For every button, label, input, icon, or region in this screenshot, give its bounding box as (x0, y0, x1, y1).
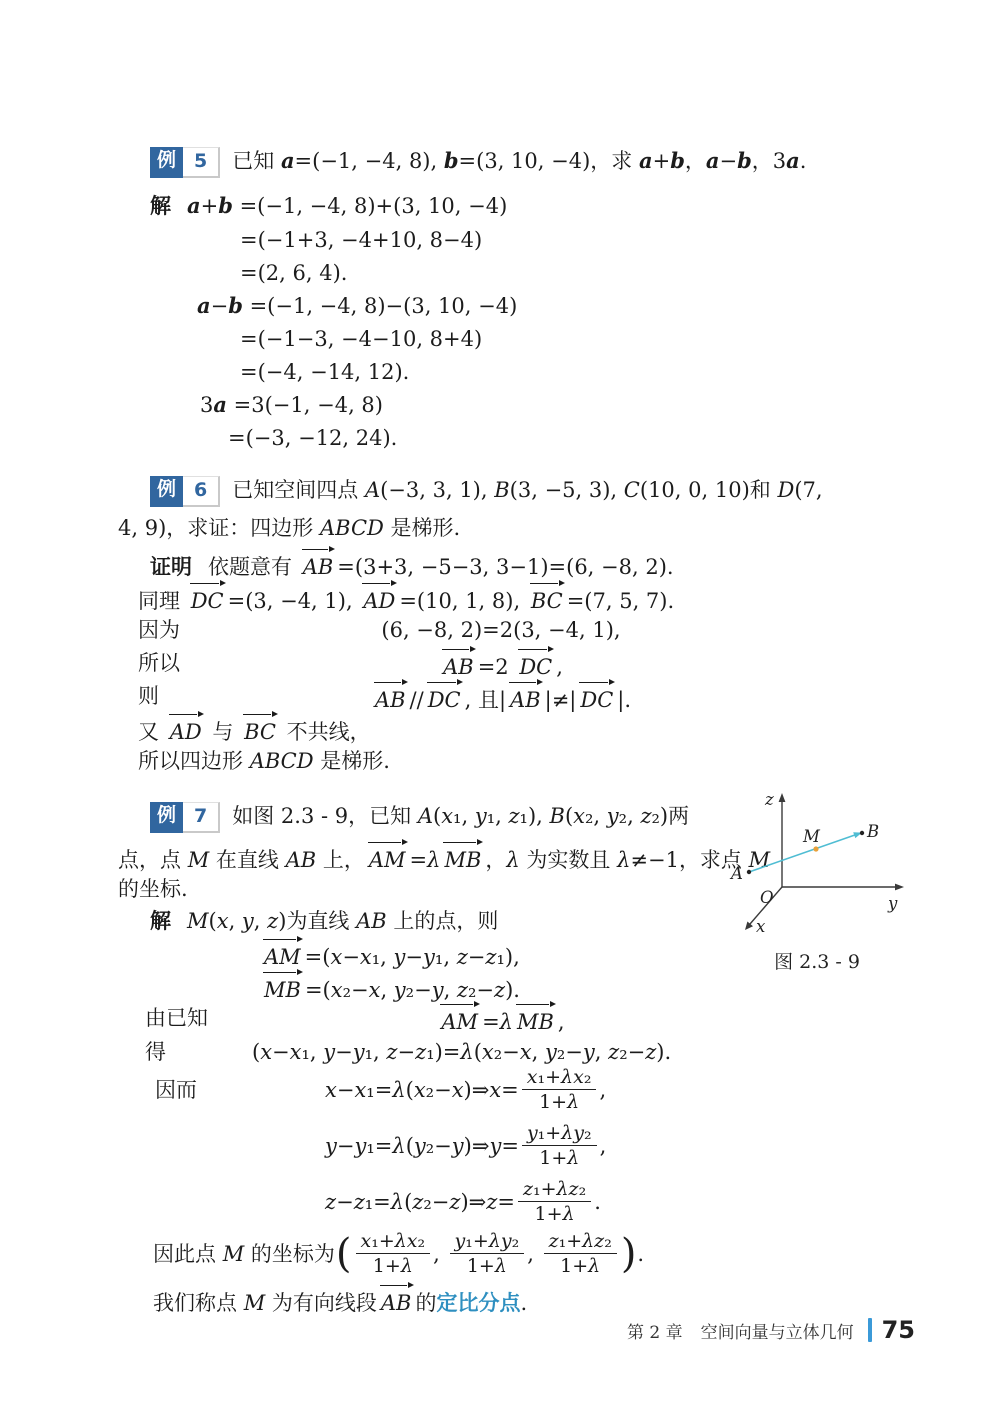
math-text: =3(−1, −4, 8) (227, 393, 383, 417)
figure-2-3-9: z y x O A B M 图 2.3 - 9 (712, 783, 922, 974)
cn-text: 上， (316, 848, 365, 872)
line-content: MB=(x₂−x, y₂−y, z₂−z). (260, 970, 520, 1006)
math-text: | (499, 688, 506, 712)
line-content: 所以四边形 ABCD 是梯形. (138, 745, 390, 777)
math-text: (6, −8, 2)=2(3, −4, 1), (381, 618, 620, 642)
math-text: =(3+3, −5−3, 3−1)=(6, −8, 2). (337, 555, 673, 579)
x-axis-label: x (756, 917, 766, 936)
vector-arrow-text: AB (300, 547, 337, 583)
cn-text: 的 (416, 1291, 437, 1315)
cn-text: . (521, 1291, 528, 1315)
math-text: + (201, 194, 219, 218)
math-text: =(−1−3, −4−10, 8+4) (240, 327, 482, 351)
math-text: =(2, 6, 4). (240, 261, 347, 285)
cn-text: 的坐标. (118, 877, 188, 901)
fraction-numerator: x₁+λx₂ (522, 1066, 597, 1090)
footer-page-number: 75 (882, 1316, 915, 1344)
line-content: 例5已知 a=(−1, −4, 8), b=(3, 10, −4)，求 a+b，… (150, 145, 806, 178)
line-content: 例6已知空间四点 A(−3, 3, 1), B(3, −5, 3), C(10,… (150, 474, 823, 507)
vector-arrow-text: DC (516, 647, 555, 683)
definition-sentence: 我们称点 M 为有向线段AB的定比分点. (118, 1283, 884, 1319)
math-text: x−x₁=λ(x₂−x)⇒x= (325, 1078, 519, 1102)
math-text: =(x−x₁, y−y₁, z−z₁), (305, 945, 520, 969)
vector-arrow-text: AB (378, 1283, 415, 1319)
line-content: 的坐标. (118, 873, 188, 905)
text-line: 则AB//DC, 且|AB|≠|DC|. (118, 680, 884, 716)
math-text: =(x₂−x, y₂−y, z₂−z). (305, 978, 520, 1002)
point-a (747, 870, 751, 874)
line-content: =(−1−3, −4−10, 8+4) (240, 323, 482, 355)
cn-text: 是梯形. (384, 516, 460, 540)
cn-text: 在直线 (209, 848, 285, 872)
line-content: z−z₁=λ(z₂−z)⇒z=z₁+λz₂1+λ. (325, 1174, 601, 1230)
text-line: 4, 9)，求证：四边形 ABCD 是梯形. (118, 512, 884, 544)
line-content: AM=λMB, (118, 1002, 884, 1038)
cn-text: 为实数且 (520, 848, 617, 872)
math-text: // (410, 688, 424, 712)
text-line: =(−1+3, −4+10, 8−4) (118, 224, 884, 256)
math-text: − (211, 294, 229, 318)
example-badge: 例5 (150, 147, 220, 178)
fraction-denominator: 1+λ (450, 1254, 525, 1277)
math-text: y−y₁=λ(y₂−y)⇒y= (325, 1134, 519, 1158)
fraction-denominator: 1+λ (522, 1090, 597, 1113)
text-line: =(−1−3, −4−10, 8+4) (118, 323, 884, 355)
math-text: =(3, −4, 1), (228, 589, 360, 613)
cn-text: 因此点 (153, 1242, 223, 1266)
example-5-heading: 例5已知 a=(−1, −4, 8), b=(3, 10, −4)，求 a+b，… (118, 145, 884, 178)
math-text: 4, 9) (118, 516, 166, 540)
vector-arrow-text: AB (440, 647, 477, 683)
math-text: A(−3, 3, 1), B(3, −5, 3), C(10, 0, 10) (365, 478, 750, 502)
cn-text: 的坐标为 (244, 1242, 335, 1266)
math-text: =(3, 10, −4) (459, 149, 591, 173)
math-text: ABCD (250, 749, 314, 773)
line-content: 解M(x, y, z)为直线 AB 上的点，则 (150, 905, 498, 937)
line-label: 由已知 (145, 1002, 208, 1034)
fraction: y₁+λy₂1+λ (450, 1230, 525, 1278)
cn-text: ， (752, 149, 773, 173)
fraction: y₁+λy₂1+λ (522, 1122, 597, 1170)
math-text: , (558, 1010, 565, 1034)
y-axis-label: y (887, 894, 898, 913)
bold-vector-symbol: a (187, 193, 201, 218)
math-text: AB (286, 848, 317, 872)
cn-text: 所以四边形 (138, 749, 250, 773)
highlight-term: 定比分点 (437, 1291, 521, 1315)
math-text: =λ (410, 848, 441, 872)
math-text: =2 (478, 655, 516, 679)
line-content: 同理 DC=(3, −4, 1), AD=(10, 1, 8), BC=(7, … (138, 581, 674, 617)
bold-vector-symbol: b (444, 148, 459, 173)
textbook-page: { "colors":{ "badge_blue":"#31669f", "te… (0, 0, 1000, 1422)
line-content: 因此点 M 的坐标为(x₁+λx₂1+λ, y₁+λy₂1+λ, z₁+λz₂1… (153, 1226, 644, 1282)
math-text: , (556, 655, 563, 679)
math-text: . (637, 1242, 644, 1266)
bold-vector-symbol: b (218, 193, 233, 218)
vector-arrow-text: AD (360, 581, 398, 617)
line-content: 解a+b =(−1, −4, 8)+(3, 10, −4) (150, 190, 507, 222)
example-5-solution-line: 解a+b =(−1, −4, 8)+(3, 10, −4) (118, 190, 884, 222)
origin-label: O (760, 888, 774, 907)
bold-vector-symbol: a (281, 148, 295, 173)
text-line: 因此点 M 的坐标为(x₁+λx₂1+λ, y₁+λy₂1+λ, z₁+λz₂1… (118, 1226, 884, 1282)
line-content: 例7如图 2.3 - 9，已知 A(x₁, y₁, z₁), B(x₂, y₂,… (150, 800, 689, 833)
text-line: 所以四边形 ABCD 是梯形. (118, 745, 884, 777)
math-text: 3 (200, 393, 213, 417)
math-text: D(7, (777, 478, 822, 502)
cn-text: 如图 2.3 - 9，已知 (232, 804, 418, 828)
coordinate-axes-figure: z y x O A B M (712, 783, 922, 943)
math-text: , (465, 688, 478, 712)
vector-arrow-text: AD (167, 712, 205, 748)
z-axis-arrow (779, 793, 786, 802)
example-badge-number: 7 (183, 802, 220, 833)
math-text: z−z₁=λ(z₂−z)⇒z= (325, 1190, 515, 1214)
vector-arrow-text: AM (438, 1002, 481, 1038)
cn-text: 且 (478, 688, 499, 712)
text-line: 同理 DC=(3, −4, 1), AD=(10, 1, 8), BC=(7, … (118, 581, 884, 617)
bold-vector-symbol: b (737, 148, 752, 173)
cn-text: 又 (138, 720, 166, 744)
page-content: 例5已知 a=(−1, −4, 8), b=(3, 10, −4)，求 a+b，… (0, 0, 1000, 1422)
example-badge-char: 例 (150, 802, 183, 833)
cn-label: 解 (150, 909, 171, 933)
text-line: MB=(x₂−x, y₂−y, z₂−z). (118, 970, 884, 1006)
text-line: 3a =3(−1, −4, 8) (118, 389, 884, 421)
line-content: (6, −8, 2)=2(3, −4, 1), (118, 614, 884, 646)
cn-text: ， (485, 848, 506, 872)
vector-arrow-text: BC (528, 581, 566, 617)
math-text: (x−x₁, y−y₁, z−z₁)=λ(x₂−x, y₂−y, z₂−z). (252, 1040, 671, 1064)
math-text: =(−1, −4, 8)−(3, 10, −4) (243, 294, 517, 318)
cn-text: 上的点，则 (387, 909, 499, 933)
fraction-numerator: y₁+λy₂ (522, 1122, 597, 1146)
math-text: A(x₁, y₁, z₁), B(x₂, y₂, z₂) (418, 804, 668, 828)
vector-arrow-text: DC (188, 581, 227, 617)
cn-text: 我们称点 (153, 1291, 244, 1315)
text-line: y−y₁=λ(y₂−y)⇒y=y₁+λy₂1+λ, (118, 1118, 884, 1174)
math-text: − (719, 149, 737, 173)
math-text: =(−4, −14, 12). (240, 360, 409, 384)
text-line: 因为(6, −8, 2)=2(3, −4, 1), (118, 614, 884, 646)
example-badge-char: 例 (150, 147, 183, 178)
fraction-denominator: 1+λ (544, 1254, 617, 1277)
cn-text: 与 (206, 720, 240, 744)
vector-arrow-text: DC (425, 680, 464, 716)
vector-arrow-text: MB (441, 840, 484, 876)
math-text: M (223, 1242, 245, 1266)
cn-text: 依题意有 (208, 555, 299, 579)
text-line: 所以AB=2 DC, (118, 647, 884, 683)
footer-divider-bar (868, 1318, 872, 1342)
point-m (813, 846, 818, 851)
line-content: 点，点 M 在直线 AB 上，AM=λMB，λ 为实数且 λ≠−1，求点 M (118, 840, 770, 876)
vector-arrow-text: AB (372, 680, 409, 716)
math-text: + (653, 149, 671, 173)
fraction: x₁+λx₂1+λ (356, 1230, 431, 1278)
cn-text: 已知 (232, 149, 281, 173)
line-content: AM=(x−x₁, y−y₁, z−z₁), (260, 937, 520, 973)
math-text: . (800, 149, 807, 173)
math-text: |≠| (545, 688, 577, 712)
text-line: a−b =(−1, −4, 8)−(3, 10, −4) (118, 290, 884, 322)
bold-vector-symbol: a (706, 148, 720, 173)
cn-text: 已知空间四点 (232, 478, 365, 502)
math-text: M (188, 848, 210, 872)
cn-text: ，求证：四边形 (166, 516, 320, 540)
cn-label: 解 (150, 194, 171, 218)
math-text: , (433, 1242, 446, 1266)
math-text: M (244, 1291, 266, 1315)
page: html,body{margin:0;padding:0;} body{ wid… (0, 0, 1000, 1422)
line-content: AB=2 DC, (118, 647, 884, 683)
bold-vector-symbol: a (213, 392, 227, 417)
cn-text: 为直线 (286, 909, 356, 933)
text-line: 由已知AM=λMB, (118, 1002, 884, 1038)
point-a-label: A (729, 864, 743, 883)
fraction-denominator: 1+λ (522, 1146, 597, 1169)
line-content: a−b =(−1, −4, 8)−(3, 10, −4) (197, 290, 517, 322)
fraction-denominator: 1+λ (518, 1202, 591, 1225)
vector-arrow-text: DC (577, 680, 616, 716)
text-line: =(−3, −12, 24). (118, 422, 884, 454)
example-badge-number: 6 (183, 476, 220, 507)
math-text: , (600, 1134, 607, 1158)
math-text: =(10, 1, 8), (399, 589, 526, 613)
bold-vector-symbol: a (639, 148, 653, 173)
point-b-label: B (866, 822, 879, 841)
example-badge: 例6 (150, 476, 220, 507)
line-content: 又 AD 与 BC 不共线， (138, 712, 371, 748)
cn-text: 为有向线段 (265, 1291, 377, 1315)
math-text: AB (356, 909, 387, 933)
vector-arrow-text: MB (261, 970, 304, 1006)
big-paren: ) (621, 1234, 637, 1274)
fraction-denominator: 1+λ (356, 1254, 431, 1277)
math-text: , (527, 1242, 540, 1266)
point-b (860, 831, 864, 835)
math-text: 3 (773, 149, 786, 173)
line-content: 3a =3(−1, −4, 8) (200, 389, 383, 421)
math-text: ABCD (320, 516, 384, 540)
cn-text: ，求 (590, 149, 639, 173)
math-text: . (594, 1190, 601, 1214)
vector-arrow-text: MB (514, 1002, 557, 1038)
bold-vector-symbol: b (228, 293, 243, 318)
example-6-heading: 例6已知空间四点 A(−3, 3, 1), B(3, −5, 3), C(10,… (118, 474, 884, 507)
line-content: =(2, 6, 4). (240, 257, 347, 289)
bold-vector-symbol: b (670, 148, 685, 173)
fraction-numerator: y₁+λy₂ (450, 1230, 525, 1254)
text-line: 又 AD 与 BC 不共线， (118, 712, 884, 748)
cn-text: 点，点 (118, 848, 188, 872)
example-badge-number: 5 (183, 147, 220, 178)
math-text: =λ (482, 1010, 513, 1034)
footer-section-title: 空间向量与立体几何 (701, 1318, 854, 1343)
line-content: =(−4, −14, 12). (240, 356, 409, 388)
fraction: z₁+λz₂1+λ (518, 1178, 591, 1226)
big-paren: ( (336, 1234, 352, 1274)
text-line: z−z₁=λ(z₂−z)⇒z=z₁+λz₂1+λ. (118, 1174, 884, 1230)
line-content: 我们称点 M 为有向线段AB的定比分点. (153, 1283, 527, 1319)
vector-arrow-text: BC (241, 712, 279, 748)
line-content: y−y₁=λ(y₂−y)⇒y=y₁+λy₂1+λ, (325, 1118, 606, 1174)
math-text: λ≠−1 (617, 848, 679, 872)
math-text: M(x, y, z) (187, 909, 286, 933)
bold-vector-symbol: a (197, 293, 211, 318)
vector-arrow-text: AM (261, 937, 304, 973)
vector-arrow-text: AM (366, 840, 409, 876)
math-text: |. (617, 688, 631, 712)
math-text: λ (506, 848, 519, 872)
bold-vector-symbol: a (786, 148, 800, 173)
point-m-label: M (802, 827, 821, 846)
cn-text: ， (685, 149, 706, 173)
cn-text: 不共线， (280, 720, 371, 744)
cn-text: 和 (750, 478, 778, 502)
example-6-proof-line: 证明依题意有 AB=(3+3, −5−3, 3−1)=(6, −8, 2). (118, 547, 884, 583)
math-text: =(7, 5, 7). (567, 589, 674, 613)
math-text: =(−3, −12, 24). (228, 426, 397, 450)
text-line: 因而x−x₁=λ(x₂−x)⇒x=x₁+λx₂1+λ, (118, 1062, 884, 1118)
fraction-numerator: z₁+λz₂ (544, 1230, 617, 1254)
fraction: z₁+λz₂1+λ (544, 1230, 617, 1278)
page-footer: 第 2 章 空间向量与立体几何 75 (627, 1316, 915, 1344)
fraction-numerator: z₁+λz₂ (518, 1178, 591, 1202)
text-line: =(−4, −14, 12). (118, 356, 884, 388)
line-content: AB//DC, 且|AB|≠|DC|. (118, 680, 884, 716)
footer-chapter: 第 2 章 (627, 1318, 683, 1343)
math-text: =(−1+3, −4+10, 8−4) (240, 228, 482, 252)
vector-arrow-text: AB (507, 680, 544, 716)
line-content: =(−3, −12, 24). (228, 422, 397, 454)
math-text: =(−1, −4, 8)+(3, 10, −4) (233, 194, 507, 218)
cn-text: 同理 (138, 589, 187, 613)
line-content: x−x₁=λ(x₂−x)⇒x=x₁+λx₂1+λ, (325, 1062, 606, 1118)
example-badge: 例7 (150, 802, 220, 833)
line-content: 4, 9)，求证：四边形 ABCD 是梯形. (118, 512, 460, 544)
line-content: =(−1+3, −4+10, 8−4) (240, 224, 482, 256)
line-label: 因为 (138, 614, 180, 646)
fraction: x₁+λx₂1+λ (522, 1066, 597, 1114)
line-content: 证明依题意有 AB=(3+3, −5−3, 3−1)=(6, −8, 2). (150, 547, 674, 583)
line-label: 所以 (138, 647, 180, 679)
math-text: , (599, 1078, 606, 1102)
math-text: =(−1, −4, 8), (295, 149, 444, 173)
fraction-numerator: x₁+λx₂ (356, 1230, 431, 1254)
cn-text: 两 (668, 804, 689, 828)
example-badge-char: 例 (150, 476, 183, 507)
figure-caption: 图 2.3 - 9 (712, 947, 922, 974)
cn-label: 证明 (150, 555, 192, 579)
cn-text: 是梯形. (314, 749, 390, 773)
line-label: 则 (138, 680, 159, 712)
text-line: =(2, 6, 4). (118, 257, 884, 289)
z-axis-label: z (764, 790, 774, 809)
y-axis-arrow (895, 884, 904, 891)
line-label: 因而 (155, 1062, 197, 1118)
